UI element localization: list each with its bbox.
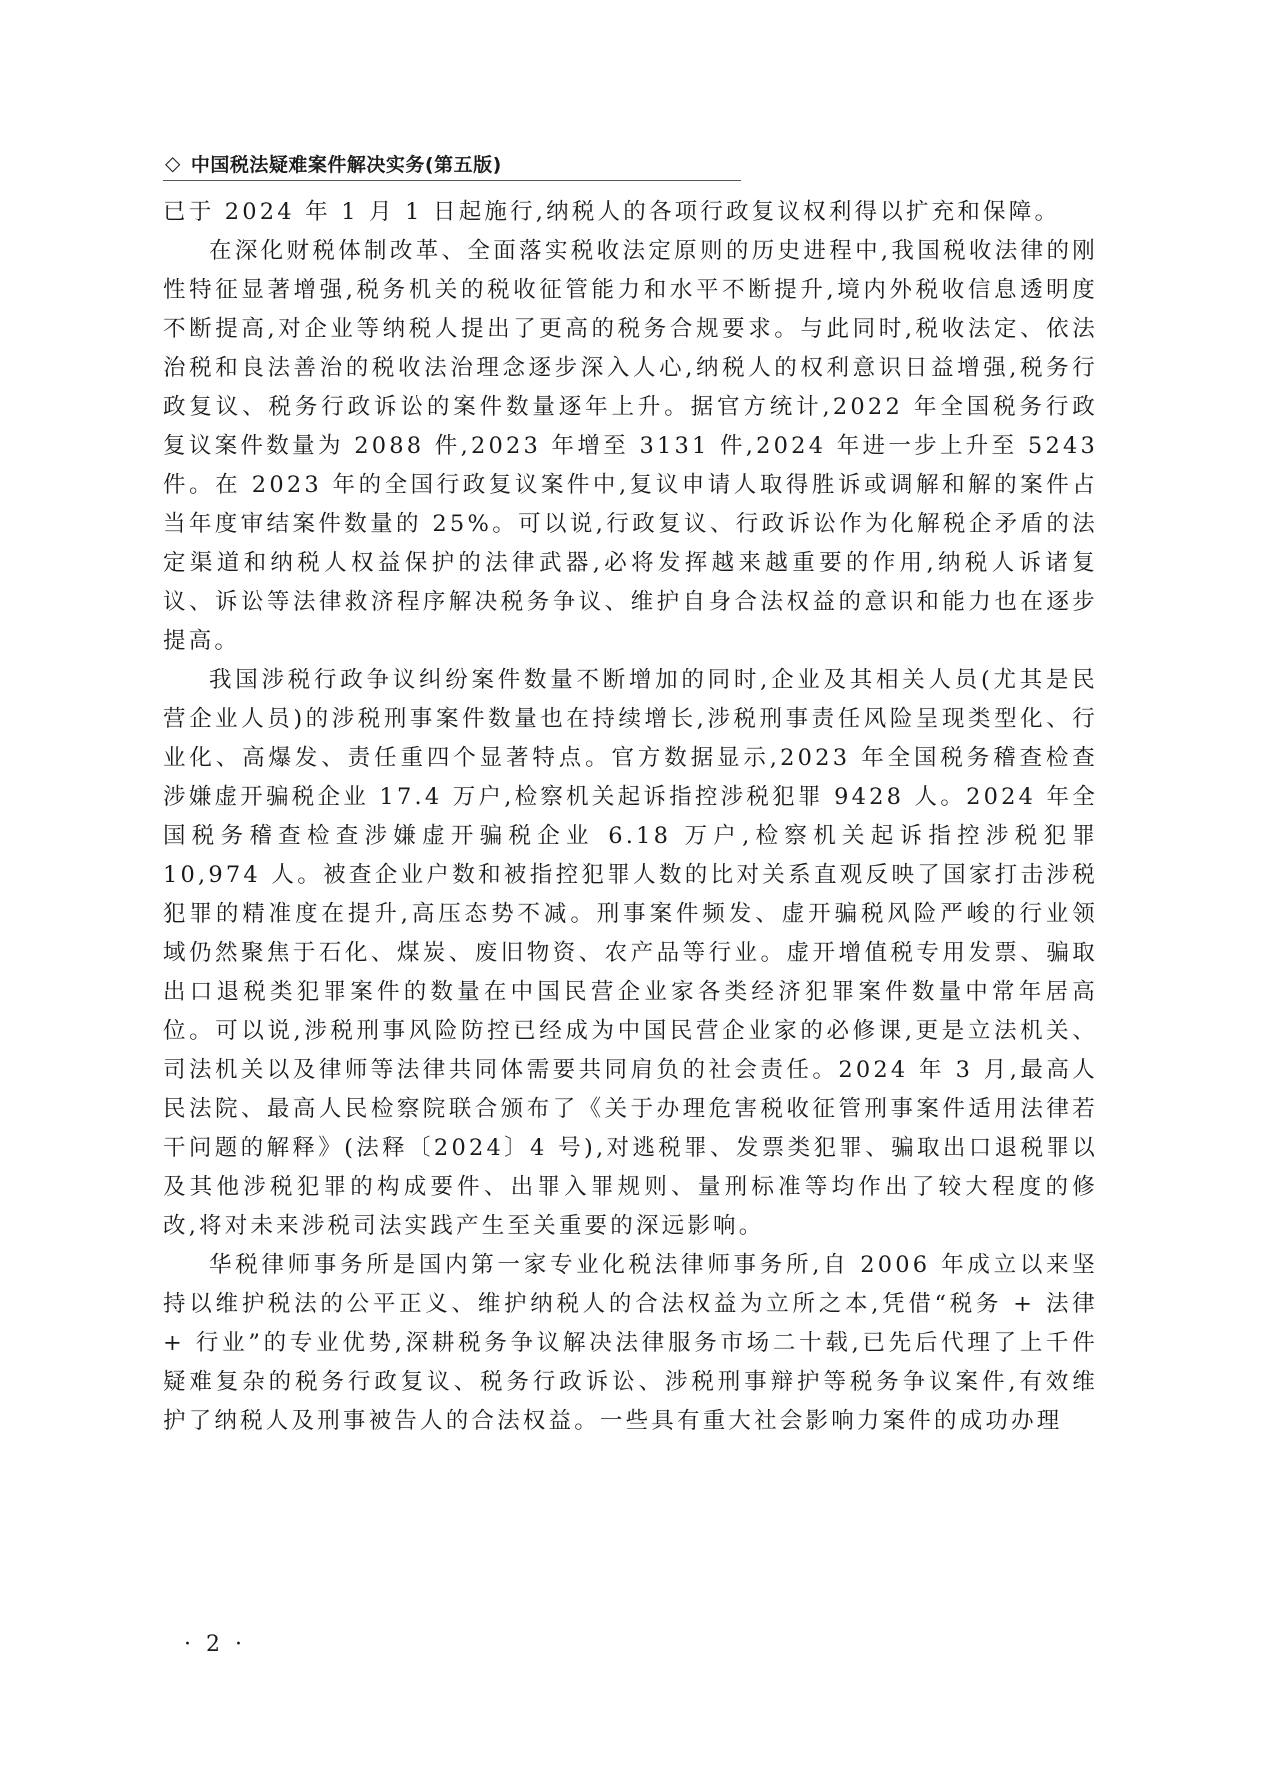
diamond-marker-icon: ◇ bbox=[165, 151, 181, 175]
body-text: 已于 2024 年 1 月 1 日起施行,纳税人的各项行政复议权利得以扩充和保障… bbox=[163, 193, 1098, 1441]
paragraph-huashui-law-firm: 华税律师事务所是国内第一家专业化税法律师事务所,自 2006 年成立以来坚持以维… bbox=[163, 1246, 1098, 1441]
running-header: ◇ 中国税法疑难案件解决实务(第五版) bbox=[163, 146, 741, 181]
paragraph-continuation: 已于 2024 年 1 月 1 日起施行,纳税人的各项行政复议权利得以扩充和保障… bbox=[163, 193, 1098, 232]
paragraph-tax-administrative-disputes: 在深化财税体制改革、全面落实税收法定原则的历史进程中,我国税收法律的刚性特征显著… bbox=[163, 232, 1098, 661]
page-number: · 2 · bbox=[184, 1632, 246, 1657]
book-title: 中国税法疑难案件解决实务(第五版) bbox=[191, 150, 502, 177]
paragraph-tax-criminal-cases: 我国涉税行政争议纠纷案件数量不断增加的同时,企业及其相关人员(尤其是民营企业人员… bbox=[163, 661, 1098, 1246]
